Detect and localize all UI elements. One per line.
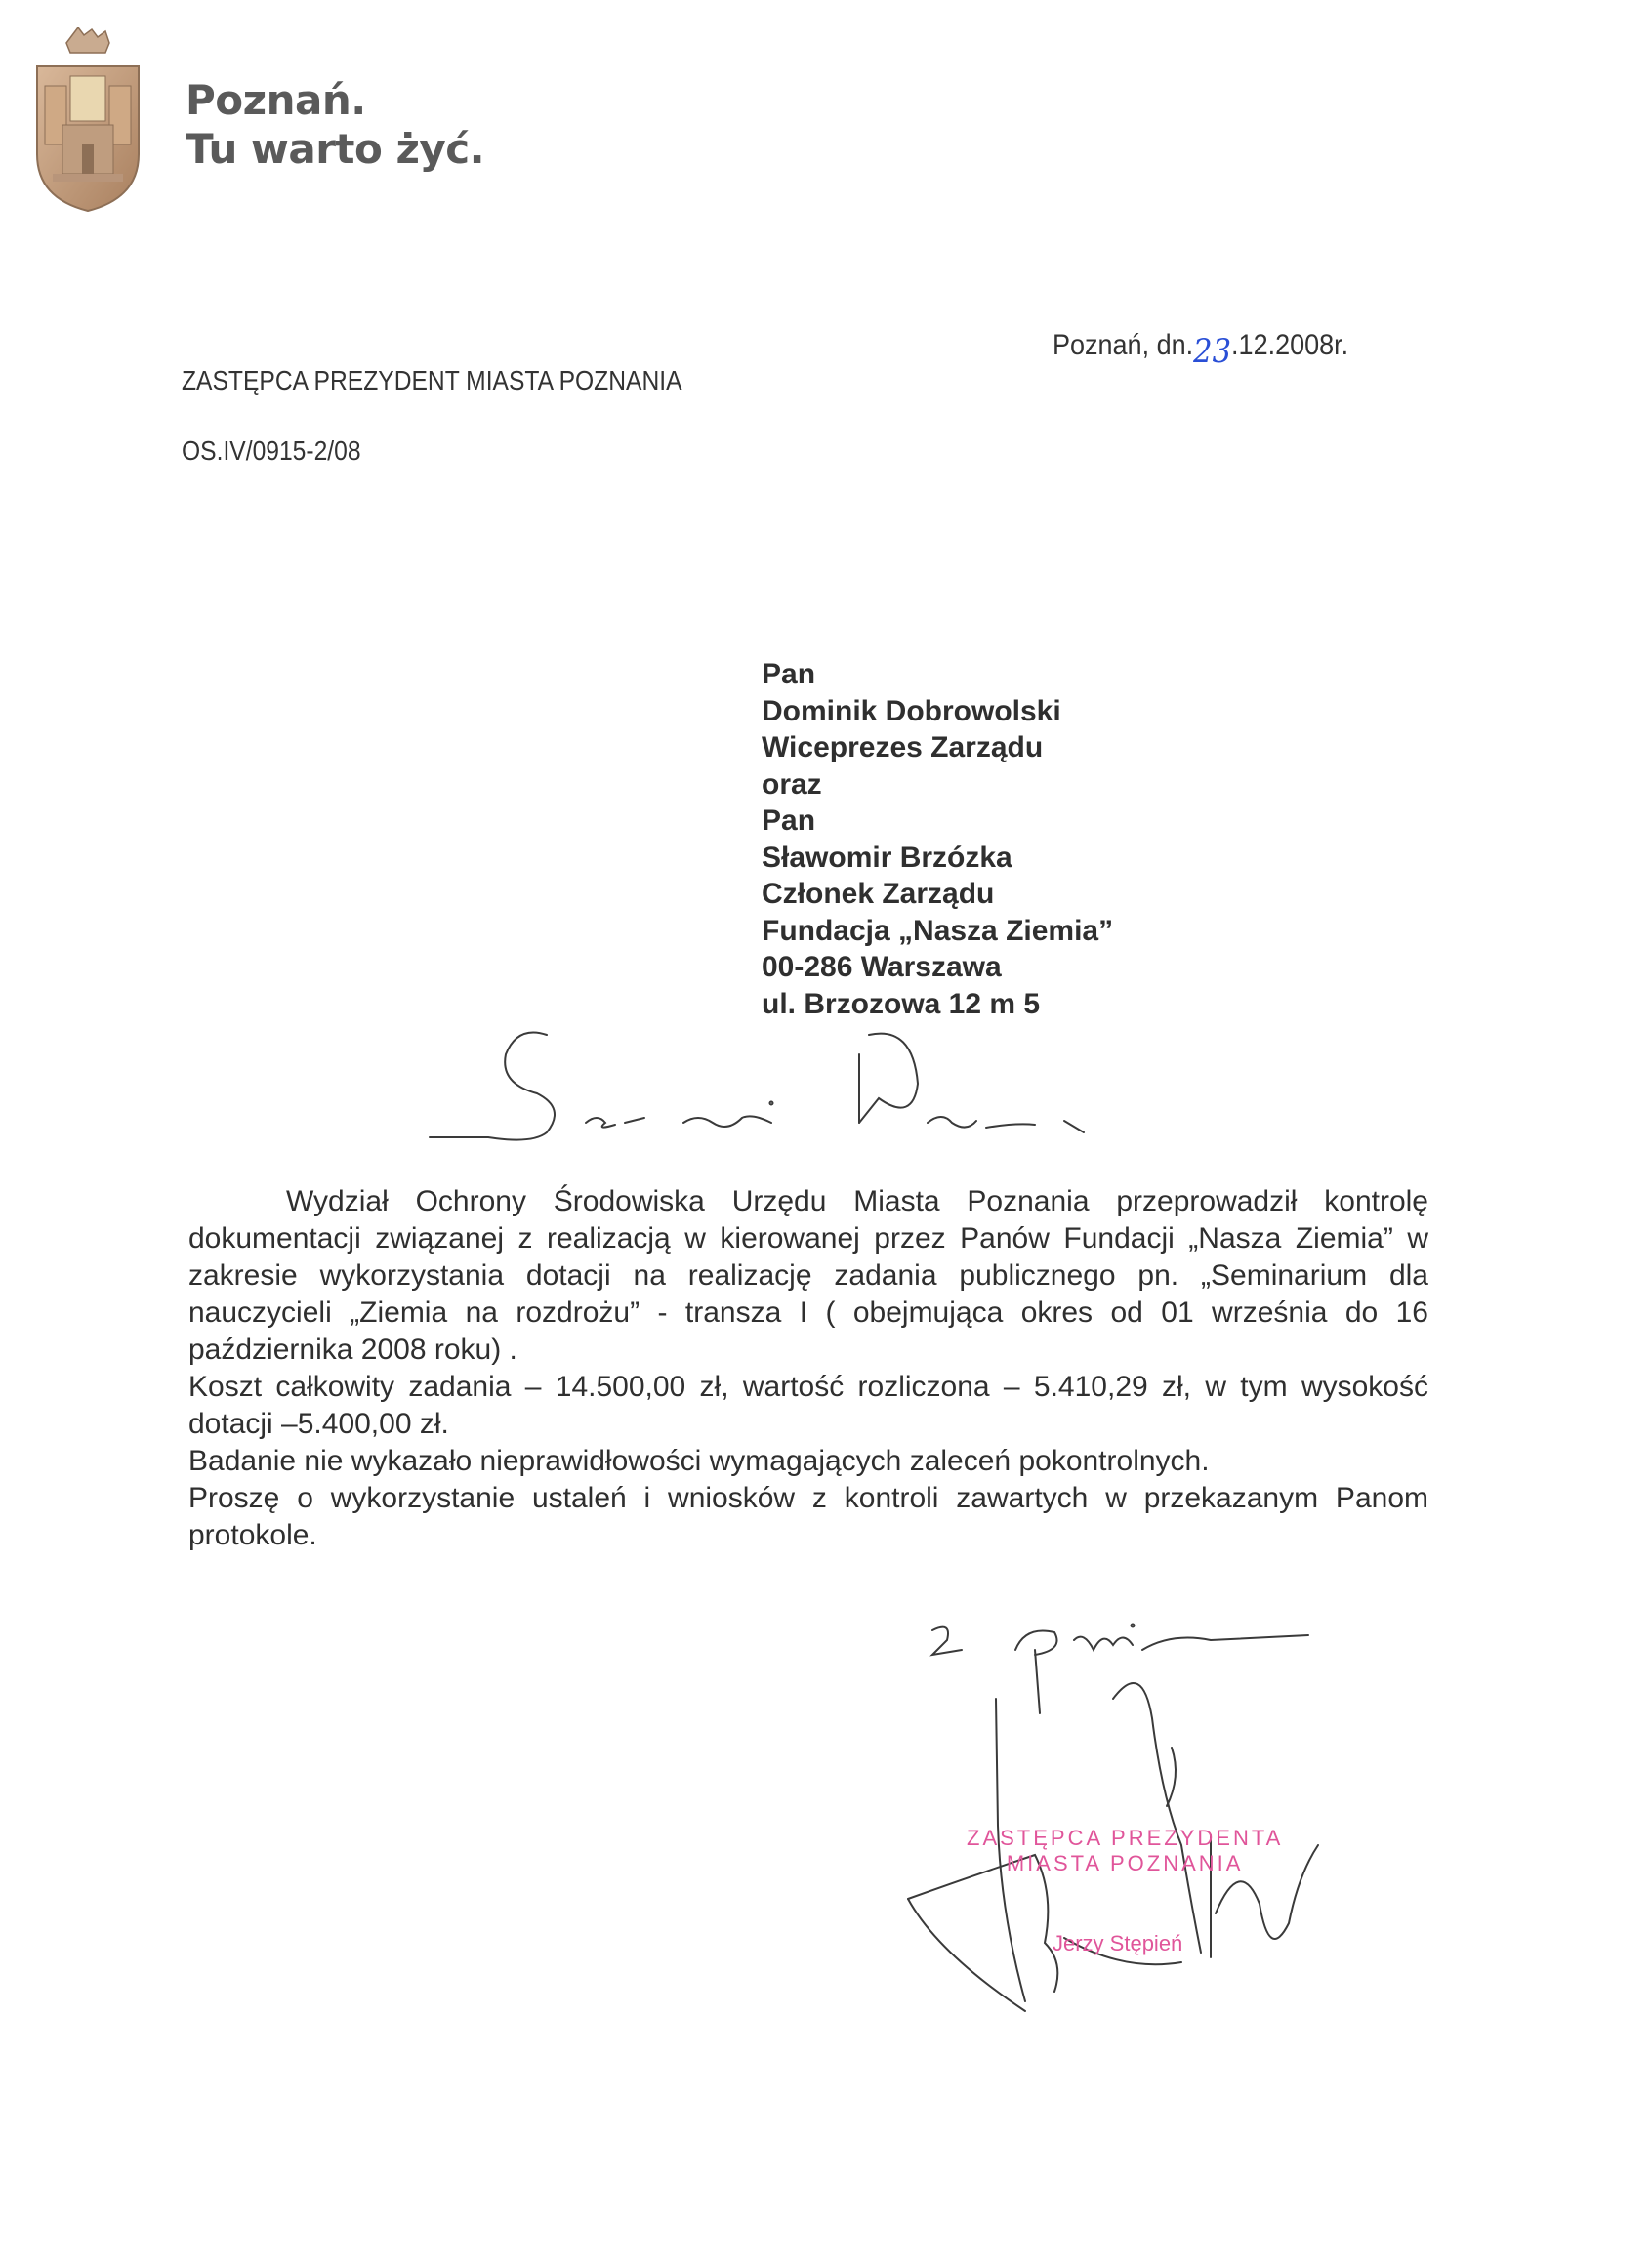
body-paragraph: Proszę o wykorzystanie ustaleń i wnioskó… <box>188 1480 1428 1554</box>
sender-title: ZASTĘPCA PREZYDENT MIASTA POZNANIA <box>182 365 682 396</box>
city-slogan: Poznań. Tu warto żyć. <box>186 76 484 174</box>
poznan-coat-of-arms-icon <box>33 27 143 213</box>
stamp-line-1: ZASTĘPCA PREZYDENTA <box>967 1826 1283 1851</box>
date-prefix: Poznań, dn. <box>1053 329 1193 361</box>
recipient-line: 00-286 Warszawa <box>762 949 1113 986</box>
recipient-line: Dominik Dobrowolski <box>762 693 1113 730</box>
recipient-line: Pan <box>762 656 1113 693</box>
handwritten-greeting <box>0 0 1652 2263</box>
letter-date: Poznań, dn.23.12.2008r. <box>1053 324 1348 363</box>
slogan-line-1: Poznań. <box>186 76 484 125</box>
recipient-line: ul. Brzozowa 12 m 5 <box>762 986 1113 1023</box>
body-paragraph: Badanie nie wykazało nieprawidłowości wy… <box>188 1443 1428 1480</box>
recipient-line: Wiceprezes Zarządu <box>762 729 1113 766</box>
handwritten-day: 23 <box>1193 332 1231 371</box>
recipient-line: Fundacja „Nasza Ziemia” <box>762 913 1113 950</box>
recipient-line: Pan <box>762 802 1113 840</box>
official-stamp: ZASTĘPCA PREZYDENTA MIASTA POZNANIA <box>967 1826 1283 1876</box>
date-suffix: .12.2008r. <box>1231 329 1348 361</box>
recipient-line: oraz <box>762 766 1113 803</box>
recipient-line: Członek Zarządu <box>762 876 1113 913</box>
stamp-line-2: MIASTA POZNANIA <box>967 1851 1283 1876</box>
recipient-line: Sławomir Brzózka <box>762 840 1113 877</box>
slogan-line-2: Tu warto żyć. <box>186 125 484 174</box>
recipient-address-block: Pan Dominik Dobrowolski Wiceprezes Zarzą… <box>762 656 1113 1022</box>
stamp-signatory-name: Jerzy Stępień <box>1053 1931 1182 1956</box>
letter-body: Wydział Ochrony Środowiska Urzędu Miasta… <box>188 1183 1428 1554</box>
body-paragraph: Koszt całkowity zadania – 14.500,00 zł, … <box>188 1369 1428 1443</box>
body-paragraph: Wydział Ochrony Środowiska Urzędu Miasta… <box>188 1183 1428 1369</box>
reference-number: OS.IV/0915-2/08 <box>182 435 361 467</box>
